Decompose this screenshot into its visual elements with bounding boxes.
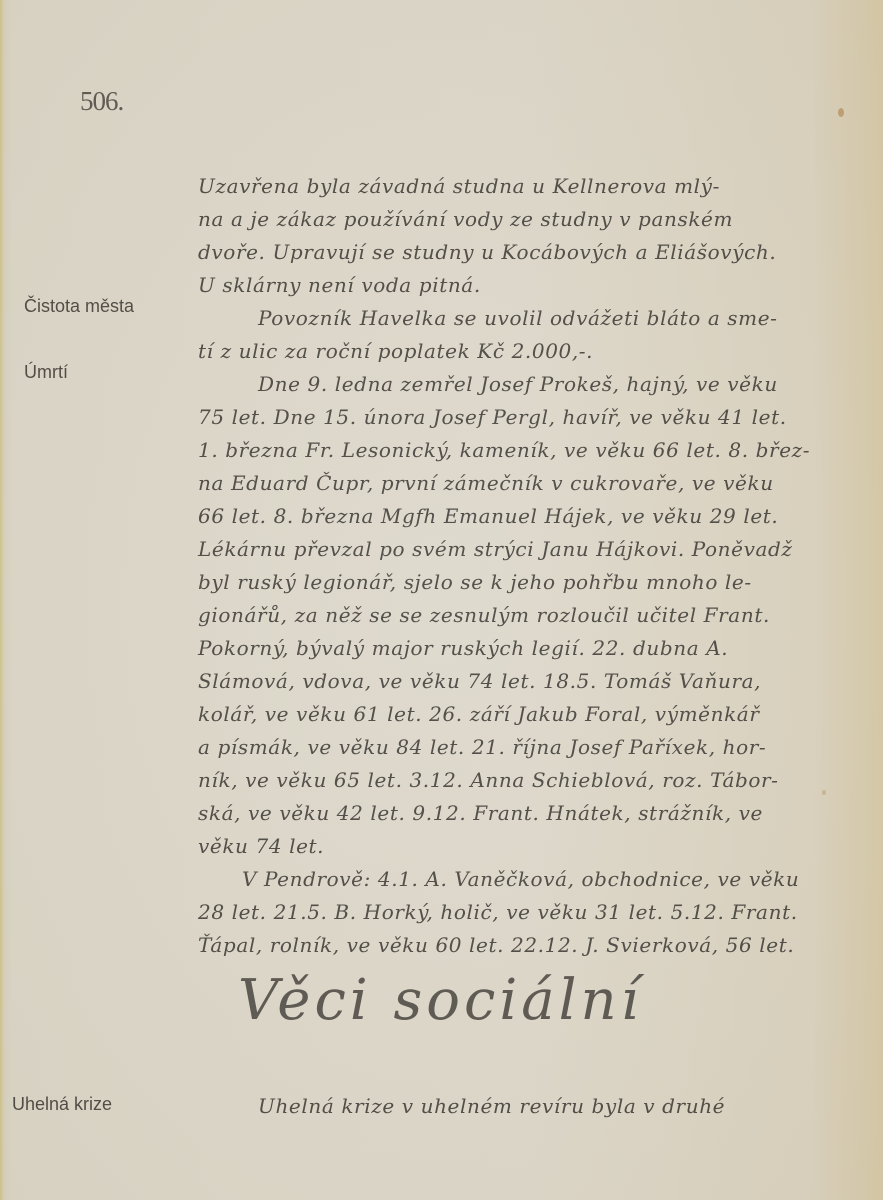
text-line: a písmák, ve věku 84 let. 21. října Jose… bbox=[198, 735, 766, 759]
text-line: ník, ve věku 65 let. 3.12. Anna Schieblo… bbox=[198, 768, 779, 792]
text-line: ská, ve věku 42 let. 9.12. Frant. Hnátek… bbox=[198, 801, 763, 825]
text-line: Uhelná krize v uhelném revíru byla v dru… bbox=[258, 1094, 725, 1118]
text-line: Slámová, vdova, ve věku 74 let. 18.5. To… bbox=[198, 669, 761, 693]
text-line: Uzavřena byla závadná studna u Kellnerov… bbox=[198, 174, 720, 198]
text-line: Dne 9. ledna zemřel Josef Prokeš, hajný,… bbox=[258, 372, 778, 396]
text-line: Povozník Havelka se uvolil odvážeti blát… bbox=[258, 306, 778, 330]
paper-stain bbox=[838, 108, 844, 117]
text-line: 1. března Fr. Lesonický, kameník, ve věk… bbox=[198, 438, 810, 462]
page-number: 506. bbox=[80, 86, 123, 117]
text-line: 28 let. 21.5. B. Horký, holič, ve věku 3… bbox=[198, 900, 798, 924]
text-line: V Pendrově: 4.1. A. Vaněčková, obchodnic… bbox=[242, 867, 799, 891]
text-line: 75 let. Dne 15. února Josef Pergl, havíř… bbox=[198, 405, 787, 429]
manuscript-page: 506. Čistota města Úmrtí Uhelná krize Uz… bbox=[0, 0, 883, 1200]
text-line: byl ruský legionář, sjelo se k jeho pohř… bbox=[198, 570, 752, 594]
section-heading: Věci sociální bbox=[238, 968, 643, 1033]
text-line: gionářů, za něž se se zesnulým rozloučil… bbox=[198, 603, 770, 627]
text-line: věku 74 let. bbox=[198, 834, 324, 858]
margin-note-deaths: Úmrtí bbox=[24, 362, 68, 383]
margin-note-cleanliness: Čistota města bbox=[24, 296, 134, 317]
text-line: Pokorný, bývalý major ruských legií. 22.… bbox=[198, 636, 728, 660]
text-line: kolář, ve věku 61 let. 26. září Jakub Fo… bbox=[198, 702, 759, 726]
text-line: tí z ulic za roční poplatek Kč 2.000,-. bbox=[198, 339, 593, 363]
paper-stain bbox=[822, 790, 826, 795]
text-line: 66 let. 8. března Mgfh Emanuel Hájek, ve… bbox=[198, 504, 778, 528]
text-line: na a je zákaz používání vody ze studny v… bbox=[198, 207, 733, 231]
margin-note-coal-crisis: Uhelná krize bbox=[12, 1094, 112, 1115]
text-line: U sklárny není voda pitná. bbox=[198, 273, 481, 297]
text-line: na Eduard Čupr, první zámečník v cukrova… bbox=[198, 471, 774, 495]
text-line: dvoře. Upravují se studny u Kocábových a… bbox=[198, 240, 776, 264]
text-line: Lékárnu převzal po svém strýci Janu Hájk… bbox=[198, 537, 793, 561]
text-line: Ťápal, rolník, ve věku 60 let. 22.12. J.… bbox=[198, 933, 794, 957]
